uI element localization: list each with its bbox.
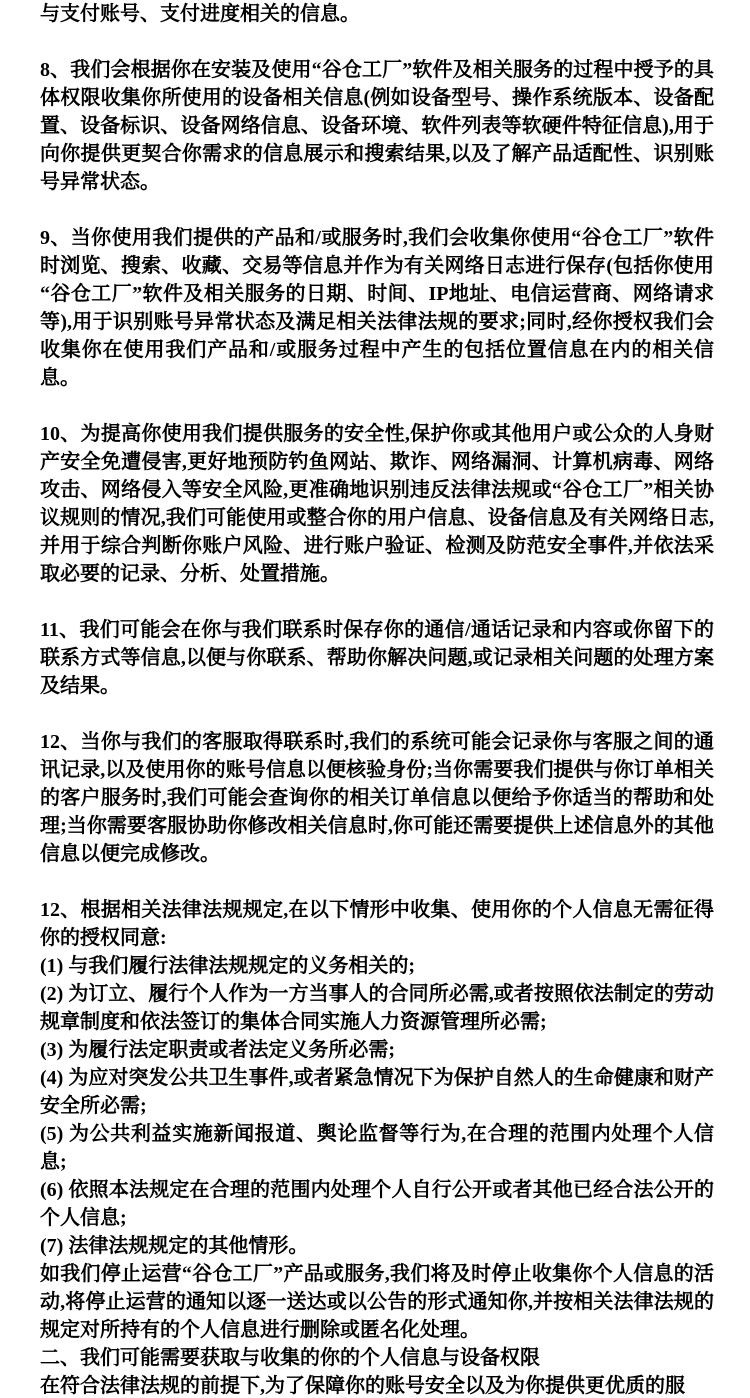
list-item: (7) 法律法规规定的其他情形。 xyxy=(40,1232,714,1260)
paragraph: 如我们停止运营“谷仓工厂”产品或服务,我们将及时停止收集你个人信息的活动,将停止… xyxy=(40,1260,714,1344)
paragraph: 与支付账号、支付进度相关的信息。 xyxy=(40,0,714,28)
list-item: (6) 依照本法规定在合理的范围内处理个人自行公开或者其他已经合法公开的个人信息… xyxy=(40,1176,714,1232)
section-heading: 二、我们可能需要获取与收集的你的个人信息与设备权限 xyxy=(40,1344,714,1372)
list-item: (4) 为应对突发公共卫生事件,或者紧急情况下为保护自然人的生命健康和财产安全所… xyxy=(40,1064,714,1120)
paragraph: 10、为提高你使用我们提供服务的安全性,保护你或其他用户或公众的人身财产安全免遭… xyxy=(40,420,714,588)
paragraph: 8、我们会根据你在安装及使用“谷仓工厂”软件及相关服务的过程中授予的具体权限收集… xyxy=(40,56,714,196)
paragraph: 12、根据相关法律法规规定,在以下情形中收集、使用你的个人信息无需征得你的授权同… xyxy=(40,896,714,952)
paragraph: 9、当你使用我们提供的产品和/或服务时,我们会收集你使用“谷仓工厂”软件时浏览、… xyxy=(40,224,714,392)
paragraph: 12、当你与我们的客服取得联系时,我们的系统可能会记录你与客服之间的通讯记录,以… xyxy=(40,728,714,868)
paragraph: 11、我们可能会在你与我们联系时保存你的通信/通话记录和内容或你留下的联系方式等… xyxy=(40,616,714,700)
list-item: (2) 为订立、履行个人作为一方当事人的合同所必需,或者按照依法制定的劳动规章制… xyxy=(40,980,714,1036)
list-item: (5) 为公共利益实施新闻报道、舆论监督等行为,在合理的范围内处理个人信息; xyxy=(40,1120,714,1176)
document-body: 与支付账号、支付进度相关的信息。8、我们会根据你在安装及使用“谷仓工厂”软件及相… xyxy=(0,0,750,1398)
list-item: (3) 为履行法定职责或者法定义务所必需; xyxy=(40,1036,714,1064)
list-item: (1) 与我们履行法律法规规定的义务相关的; xyxy=(40,952,714,980)
paragraph: 在符合法律法规的前提下,为了保障你的账号安全以及为你提供更优质的服 xyxy=(40,1372,714,1398)
